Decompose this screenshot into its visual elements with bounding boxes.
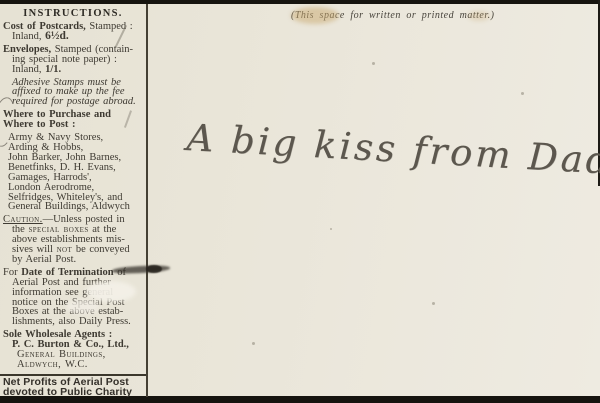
- ink-blot: [146, 265, 162, 273]
- cost-of-postcards: Cost of Postcards, Stamped :Inland, 6½d.: [3, 22, 146, 42]
- text-segment: Stamped :: [86, 21, 133, 32]
- text-segment: lishments, also Daily Press.: [12, 316, 131, 327]
- text-line: Inland, 6½d.: [3, 32, 146, 42]
- text-line: General Buildings, Aldwych: [8, 202, 146, 212]
- handwritten-message: A big kiss from Daddie: [186, 116, 600, 186]
- text-segment: Inland,: [12, 64, 45, 75]
- date-of-termination: For Date of Termination ofAerial Post an…: [3, 268, 146, 327]
- caution: Caution.—Unless posted inthe special box…: [3, 215, 146, 265]
- text-segment: 1/1.: [45, 64, 61, 75]
- where-to-purchase-heading: Where to Purchase andWhere to Post :: [3, 110, 146, 130]
- paper-speck: [330, 228, 332, 230]
- paper-speck: [432, 302, 435, 305]
- text-segment: Inland,: [12, 31, 45, 42]
- envelopes: Envelopes, Stamped (contain-ing special …: [3, 45, 146, 75]
- wholesale-agents: Sole Wholesale Agents :P. C. Burton & Co…: [3, 330, 146, 370]
- text-segment: General Buildings, Aldwych: [8, 201, 130, 212]
- text-segment: Where to Post :: [3, 119, 76, 130]
- instructions-paragraphs: Cost of Postcards, Stamped :Inland, 6½d.…: [0, 22, 146, 370]
- text-segment: 6½d.: [45, 30, 69, 42]
- printed-space-note: (This space for written or printed matte…: [291, 10, 494, 21]
- charity-note-line: devoted to Public Charity: [3, 388, 146, 398]
- text-line: lishments, also Daily Press.: [3, 317, 146, 327]
- text-segment: of: [114, 267, 126, 278]
- text-segment: by Aerial Post.: [12, 254, 76, 265]
- postcard-scan: INSTRUCTIONS. Cost of Postcards, Stamped…: [0, 0, 600, 403]
- text-segment: be conveyed: [72, 244, 129, 255]
- paper-speck: [372, 62, 375, 65]
- text-line: Inland, 1/1.: [3, 65, 146, 75]
- text-line: by Aerial Post.: [3, 255, 146, 265]
- text-segment: required for postage abroad.: [12, 96, 136, 107]
- instructions-panel: INSTRUCTIONS. Cost of Postcards, Stamped…: [0, 8, 146, 370]
- text-line: Where to Post :: [3, 120, 146, 130]
- store-list: Army & Navy Stores,Arding & Hobbs,John B…: [8, 133, 146, 212]
- charity-note: Net Profits of Aerial Postdevoted to Pub…: [3, 378, 146, 397]
- text-line: required for postage abroad.: [3, 97, 146, 107]
- text-line: Aldwych, W.C.: [3, 360, 146, 370]
- text-segment: Aldwych, W.C.: [17, 359, 88, 370]
- adhesive-stamps-note: Adhesive Stamps must beaffixed to make u…: [3, 78, 146, 108]
- paper-speck: [252, 342, 255, 345]
- instructions-heading: INSTRUCTIONS.: [0, 8, 146, 19]
- paper-speck: [521, 92, 524, 95]
- scan-edge-top: [0, 0, 600, 4]
- column-divider-rule: [146, 4, 148, 397]
